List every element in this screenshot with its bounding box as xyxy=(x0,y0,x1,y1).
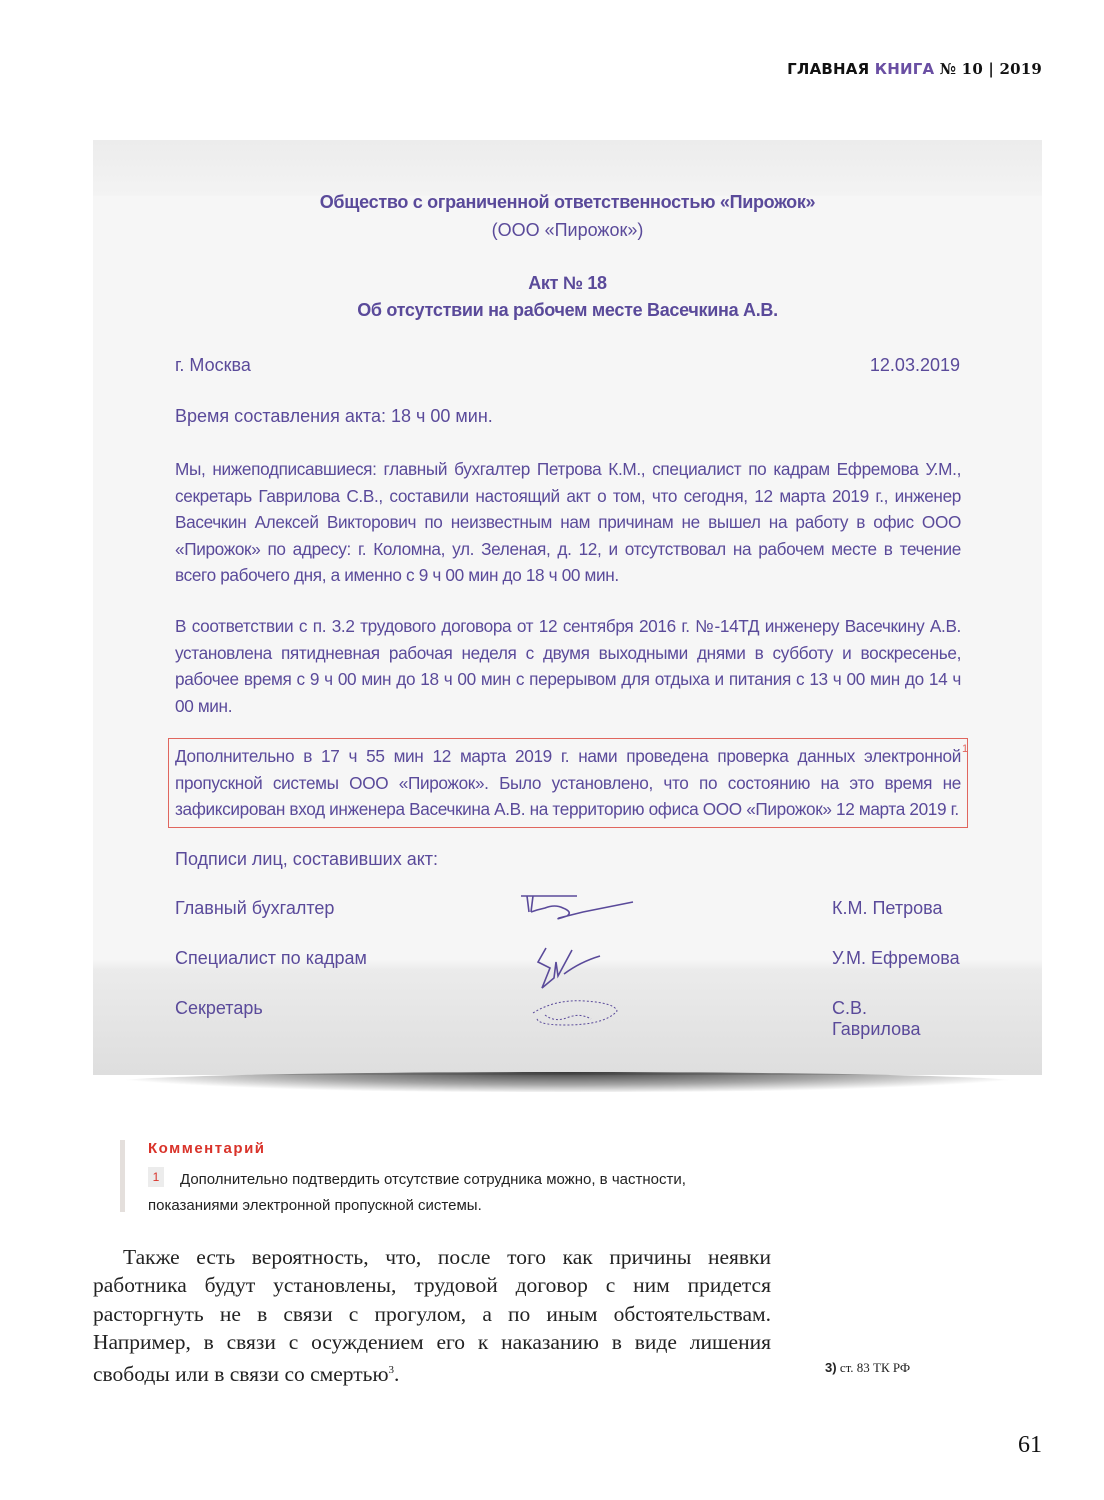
act-subject: Об отсутствии на рабочем месте Васечкина… xyxy=(93,300,1042,321)
sheet-shadow xyxy=(115,1072,1020,1092)
city: г. Москва xyxy=(175,355,251,375)
org-short-name: (ООО «Пирожок») xyxy=(93,220,1042,241)
act-title: Акт № 18 xyxy=(93,273,1042,294)
page-number: 61 xyxy=(1018,1432,1042,1459)
act-date: 12.03.2019 xyxy=(870,355,960,376)
signer-name: У.М. Ефремова xyxy=(832,948,960,969)
comment-text: Дополнительно подтвердить отсутствие сот… xyxy=(148,1167,768,1219)
signatures-heading: Подписи лиц, составивших акт: xyxy=(175,849,960,870)
footnote-text: ст. 83 ТК РФ xyxy=(840,1360,910,1375)
issue-number: № 10 | 2019 xyxy=(940,60,1042,78)
brand-part1: ГЛАВНАЯ xyxy=(787,60,869,78)
signer-name: К.М. Петрова xyxy=(832,898,942,919)
signature-efremova-icon xyxy=(530,940,620,995)
signer-position: Специалист по кадрам xyxy=(175,948,367,969)
paragraph-3: Дополнительно в 17 ч 55 мин 12 марта 201… xyxy=(175,743,961,823)
signature-petrova-icon xyxy=(515,890,640,930)
masthead: ГЛАВНАЯ КНИГА № 10 | 2019 xyxy=(787,60,1042,78)
comment-marker: 1 xyxy=(962,743,968,755)
comment-sidebar xyxy=(120,1140,125,1212)
comment-title: Комментарий xyxy=(148,1140,266,1157)
time-line: Время составления акта: 18 ч 00 мин. xyxy=(175,406,960,427)
paragraph-2: В соответствии с п. 3.2 трудового догово… xyxy=(175,613,961,719)
brand-part2: КНИГА xyxy=(875,60,935,78)
footnote: 3) ст. 83 ТК РФ xyxy=(825,1360,910,1376)
city-date-row: г. Москва 12.03.2019 xyxy=(175,355,960,376)
body-text: Также есть вероятность, что, после того … xyxy=(93,1245,771,1386)
comment-number: 1 xyxy=(148,1167,164,1187)
paragraph-1: Мы, нижеподписавшиеся: главный бухгалтер… xyxy=(175,456,961,589)
signer-position: Главный бухгалтер xyxy=(175,898,334,919)
signer-name: С.В. Гаврилова xyxy=(832,998,960,1040)
signer-position: Секретарь xyxy=(175,998,263,1019)
body-paragraph: Также есть вероятность, что, после того … xyxy=(93,1243,771,1389)
footnote-label: 3) xyxy=(825,1360,837,1375)
org-full-name: Общество с ограниченной ответственностью… xyxy=(93,192,1042,213)
signature-gavrilova-icon xyxy=(525,995,625,1035)
